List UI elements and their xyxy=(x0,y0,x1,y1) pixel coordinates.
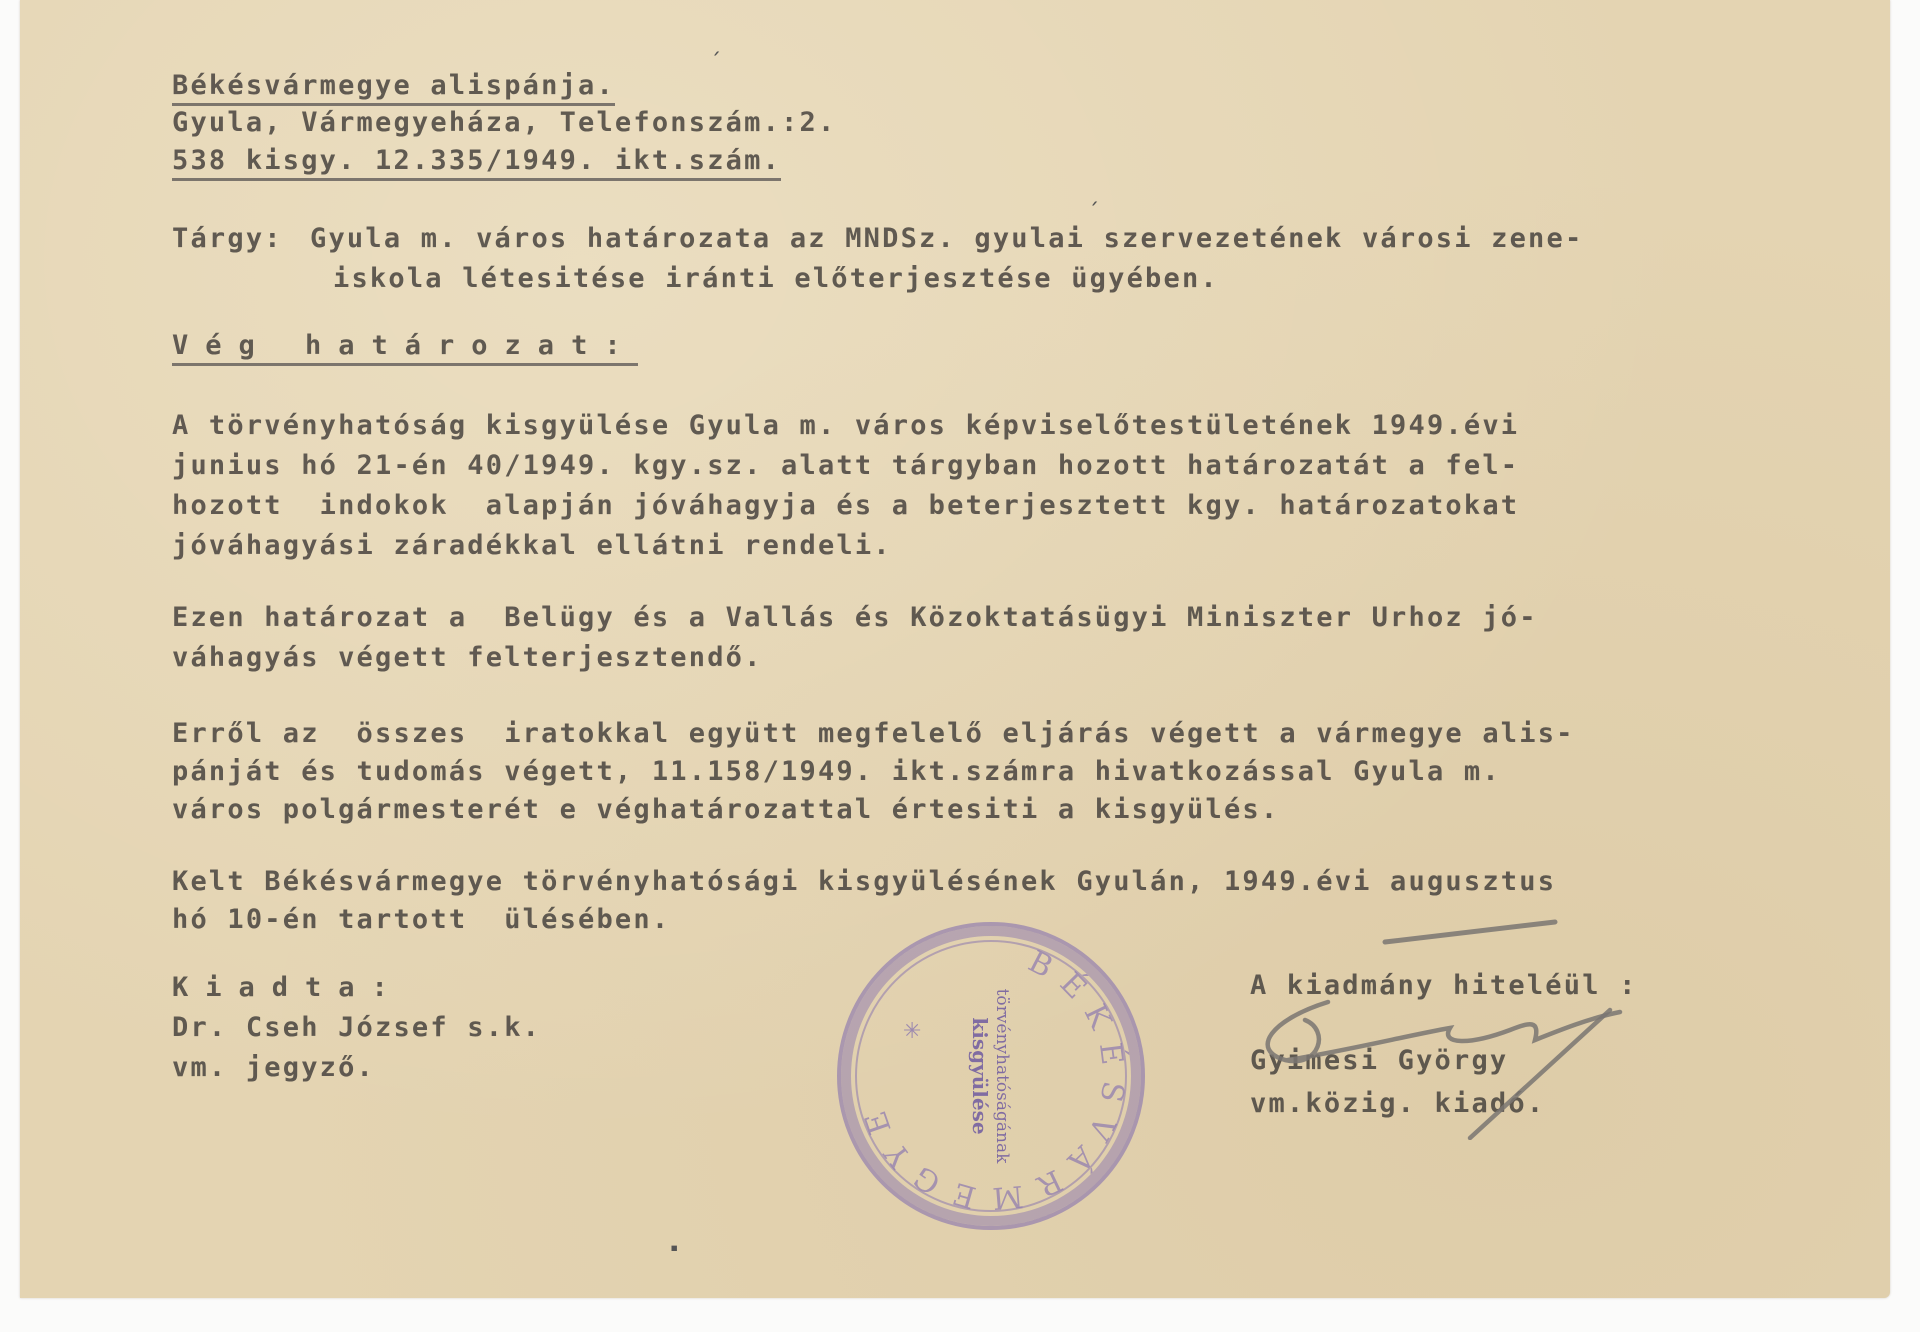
paragraph-4-line-2: hó 10-én tartott ülésében. xyxy=(172,904,670,935)
document-page: Békésvármegye alispánja. Gyula, Vármegye… xyxy=(20,0,1890,1298)
handwritten-signature-icon xyxy=(1210,910,1670,1140)
paragraph-2-line-2: váhagyás végett felterjesztendő. xyxy=(172,642,763,673)
paragraph-3-line-3: város polgármesterét e véghatározattal é… xyxy=(172,794,1279,825)
paragraph-2-line-1: Ezen határozat a Belügy és a Vallás és K… xyxy=(172,602,1538,633)
subject-line-1: Gyula m. város határozata az MNDSz. gyul… xyxy=(310,223,1583,254)
paragraph-1-line-4: jóváhagyási záradékkal ellátni rendeli. xyxy=(172,530,892,561)
stray-mark: ˏ xyxy=(1088,180,1101,205)
stamp-center-text: törvényhatóságának kisgyülése xyxy=(969,989,1013,1164)
stamp-center-line-1: törvényhatóságának xyxy=(991,989,1013,1164)
issued-by-label: Kiadta: xyxy=(172,972,405,1003)
paragraph-3-line-1: Erről az összes iratokkal együtt megfele… xyxy=(172,718,1575,749)
subject-label: Tárgy: xyxy=(172,223,283,254)
paragraph-4-line-1: Kelt Békésvármegye törvényhatósági kisgy… xyxy=(172,866,1556,897)
paragraph-3-line-2: pánját és tudomás végett, 11.158/1949. i… xyxy=(172,756,1501,787)
subject-line-2: iskola létesitése iránti előterjesztése … xyxy=(333,263,1219,294)
stray-mark: ▪ xyxy=(670,1240,678,1256)
issuer-address: Gyula, Vármegyeháza, Telefonszám.:2. xyxy=(172,107,836,138)
paragraph-1-line-1: A törvényhatóság kisgyülése Gyula m. vár… xyxy=(172,410,1519,441)
paragraph-1-line-2: junius hó 21-én 40/1949. kgy.sz. alatt t… xyxy=(172,450,1519,481)
reference-number: 538 kisgy. 12.335/1949. ikt.szám. xyxy=(172,145,781,181)
issuer-heading: Békésvármegye alispánja. xyxy=(172,70,615,106)
stray-mark: ˏ xyxy=(710,30,723,55)
stamp-center-line-2: kisgyülése xyxy=(969,989,991,1164)
paragraph-1-line-3: hozott indokok alapján jóváhagyja és a b… xyxy=(172,490,1519,521)
issued-by-title: vm. jegyző. xyxy=(172,1052,375,1083)
decision-title: Vég határozat: xyxy=(172,330,638,366)
official-stamp: BÉKÉSVÁRMEGYE ✳ törvényhatóságának kisgy… xyxy=(837,922,1145,1230)
issued-by-name: Dr. Cseh József s.k. xyxy=(172,1012,541,1043)
svg-text:✳: ✳ xyxy=(903,1019,921,1044)
